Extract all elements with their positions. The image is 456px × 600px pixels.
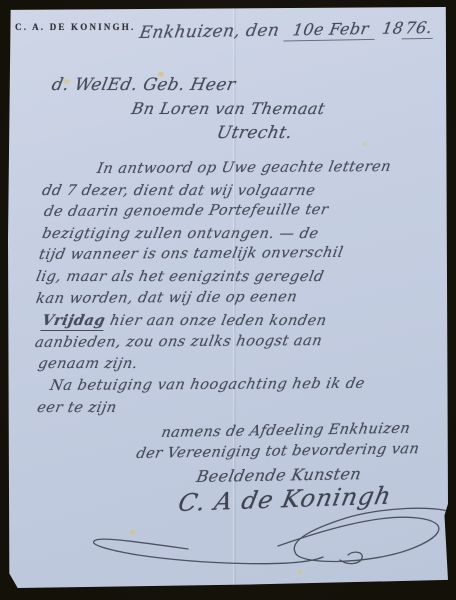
- signature-flourish: [78, 502, 456, 582]
- foxing-spot: [363, 142, 367, 146]
- body-line: In antwoord op Uwe geachte letteren: [95, 157, 453, 181]
- address-line-salutation: d. WelEd. Geb. Heer: [50, 75, 237, 95]
- address-line-city: Utrecht.: [215, 123, 294, 143]
- body-line: aanbieden, zou ons zulks hoogst aan: [33, 330, 453, 354]
- dateline: Enkhuizen, den 10e Febr 1876.: [138, 18, 436, 43]
- body-line-rest: hier aan onze leden konden: [109, 313, 328, 329]
- letter-paper: C. A. DE KONINGH. Enkhuizen, den 10e Feb…: [8, 7, 448, 588]
- dateline-day-month: 10e Febr: [283, 19, 378, 42]
- body-line: Na betuiging van hoogachting heb ik de: [48, 373, 453, 397]
- closing-line-namens: namens de Afdeeling Enkhuizen: [160, 421, 412, 441]
- body-line: eer te zijn: [35, 398, 452, 420]
- dateline-place-label: Enkhuizen, den: [138, 21, 281, 43]
- body-line-vrijdag: Vrijdag hier aan onze leden konden: [40, 310, 452, 333]
- letter-body: In antwoord op Uwe geachte letteren dd 7…: [8, 159, 448, 419]
- body-line: tijd wanneer is ons tamelijk onverschil: [37, 243, 453, 267]
- body-line: de daarin genoemde Portefeuille ter: [42, 199, 453, 223]
- underlined-word-vrijdag: Vrijdag: [40, 312, 107, 331]
- address-line-name: Bn Loren van Themaat: [130, 99, 327, 118]
- closing-line-vereeniging: der Vereeniging tot bevordering van: [135, 441, 421, 462]
- printed-letterhead: C. A. DE KONINGH.: [15, 22, 135, 32]
- body-line: kan worden, dat wij die op eenen: [34, 286, 453, 310]
- body-line: lig, maar als het eenigzints geregeld: [34, 267, 452, 289]
- dateline-year-hand: 76.: [402, 18, 436, 40]
- scanned-letter-page: { "letterhead": { "printed_name": "C. A.…: [0, 0, 456, 600]
